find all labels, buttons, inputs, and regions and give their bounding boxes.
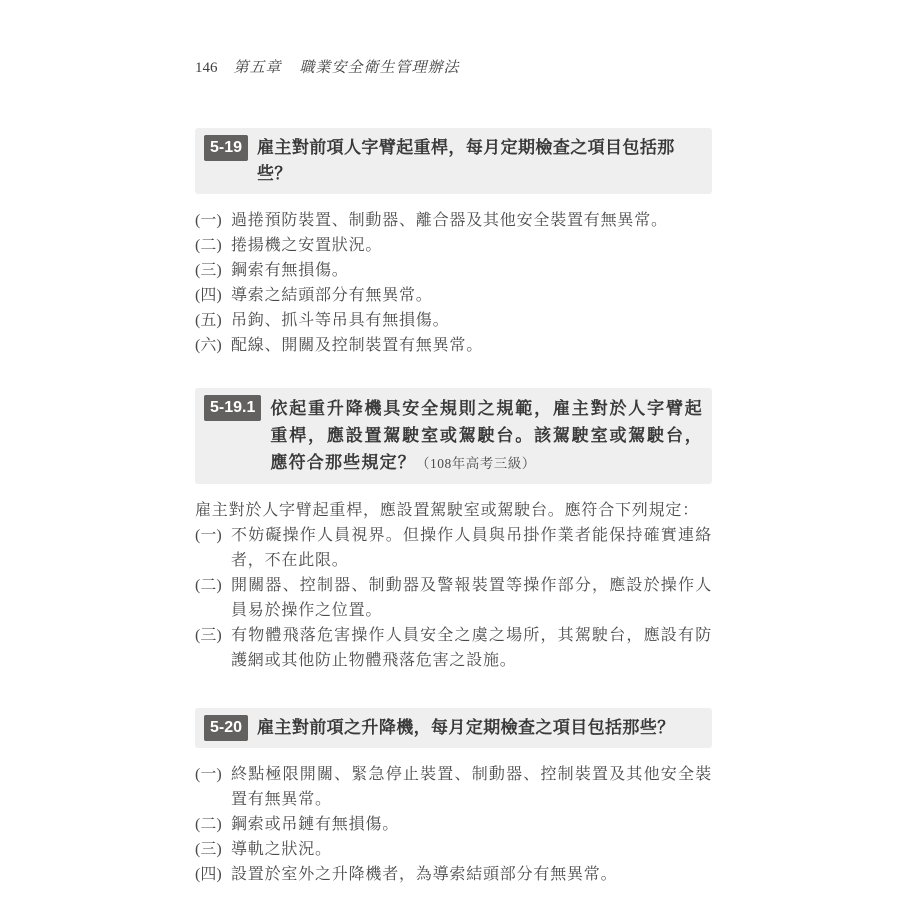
item-marker: (一) [195, 762, 231, 787]
item-marker: (二) [195, 233, 231, 258]
running-head: 146 第五章 職業安全衛生管理辦法 [195, 58, 712, 78]
item-text: 有物體飛落危害操作人員安全之虞之場所，其駕駛台，應設有防護網或其他防止物體飛落危… [231, 623, 712, 673]
list-item: (四) 導索之結頭部分有無異常。 [195, 283, 712, 308]
question-box-5-19-1: 5-19.1 依起重升降機具安全規則之規範，雇主對於人字臂起重桿，應設置駕駛室或… [195, 388, 712, 484]
item-text: 捲揚機之安置狀況。 [231, 233, 712, 258]
list-item: (五) 吊鉤、抓斗等吊具有無損傷。 [195, 308, 712, 333]
question-badge: 5-19 [204, 135, 248, 161]
item-text: 鋼索或吊鏈有無損傷。 [231, 812, 712, 837]
list-item: (四) 設置於室外之升降機者，為導索結頭部分有無異常。 [195, 862, 712, 887]
item-text: 開關器、控制器、制動器及警報裝置等操作部分，應設於操作人員易於操作之位置。 [231, 573, 712, 623]
list-item: (一) 終點極限開關、緊急停止裝置、制動器、控制裝置及其他安全裝置有無異常。 [195, 762, 712, 812]
item-text: 設置於室外之升降機者，為導索結頭部分有無異常。 [231, 862, 712, 887]
item-marker: (二) [195, 812, 231, 837]
item-marker: (一) [195, 523, 231, 548]
answer-intro: 雇主對於人字臂起重桿，應設置駕駛室或駕駛台。應符合下列規定： [195, 498, 712, 523]
question-text: 依起重升降機具安全規則之規範，雇主對於人字臂起重桿，應設置駕駛室或駕駛台。該駕駛… [270, 395, 703, 477]
item-marker: (三) [195, 623, 231, 648]
list-item: (一) 不妨礙操作人員視界。但操作人員與吊掛作業者能保持確實連絡者，不在此限。 [195, 523, 712, 573]
list-item: (三) 有物體飛落危害操作人員安全之虞之場所，其駕駛台，應設有防護網或其他防止物… [195, 623, 712, 673]
item-marker: (五) [195, 308, 231, 333]
item-marker: (二) [195, 573, 231, 598]
item-text: 不妨礙操作人員視界。但操作人員與吊掛作業者能保持確實連絡者，不在此限。 [231, 523, 712, 573]
exam-note: （108年高考三級） [416, 456, 536, 471]
item-marker: (三) [195, 258, 231, 283]
answer-list-5-19-1: (一) 不妨礙操作人員視界。但操作人員與吊掛作業者能保持確實連絡者，不在此限。 … [195, 523, 712, 673]
list-item: (一) 過捲預防裝置、制動器、離合器及其他安全裝置有無異常。 [195, 208, 712, 233]
list-item: (二) 捲揚機之安置狀況。 [195, 233, 712, 258]
item-text: 導索之結頭部分有無異常。 [231, 283, 712, 308]
list-item: (三) 導軌之狀況。 [195, 837, 712, 862]
list-item: (六) 配線、開關及控制裝置有無異常。 [195, 333, 712, 358]
item-text: 鋼索有無損傷。 [231, 258, 712, 283]
checklist-5-20: (一) 終點極限開關、緊急停止裝置、制動器、控制裝置及其他安全裝置有無異常。 (… [195, 762, 712, 887]
question-badge: 5-19.1 [204, 395, 261, 421]
list-item: (二) 開關器、控制器、制動器及警報裝置等操作部分，應設於操作人員易於操作之位置… [195, 573, 712, 623]
item-marker: (四) [195, 862, 231, 887]
question-box-5-20: 5-20 雇主對前項之升降機，每月定期檢查之項目包括那些？ [195, 708, 712, 748]
page-content: 146 第五章 職業安全衛生管理辦法 5-19 雇主對前項人字臂起重桿，每月定期… [195, 58, 712, 887]
question-badge: 5-20 [204, 715, 248, 741]
item-marker: (六) [195, 333, 231, 358]
item-text: 配線、開關及控制裝置有無異常。 [231, 333, 712, 358]
question-box-5-19: 5-19 雇主對前項人字臂起重桿，每月定期檢查之項目包括那些？ [195, 128, 712, 194]
item-text: 終點極限開關、緊急停止裝置、制動器、控制裝置及其他安全裝置有無異常。 [231, 762, 712, 812]
item-text: 導軌之狀況。 [231, 837, 712, 862]
question-text: 雇主對前項人字臂起重桿，每月定期檢查之項目包括那些？ [257, 135, 703, 187]
list-item: (三) 鋼索有無損傷。 [195, 258, 712, 283]
question-text: 雇主對前項之升降機，每月定期檢查之項目包括那些？ [257, 715, 675, 741]
list-item: (二) 鋼索或吊鏈有無損傷。 [195, 812, 712, 837]
item-marker: (四) [195, 283, 231, 308]
item-marker: (一) [195, 208, 231, 233]
item-text: 過捲預防裝置、制動器、離合器及其他安全裝置有無異常。 [231, 208, 712, 233]
checklist-5-19: (一) 過捲預防裝置、制動器、離合器及其他安全裝置有無異常。 (二) 捲揚機之安… [195, 208, 712, 358]
page-number: 146 [195, 58, 218, 78]
item-marker: (三) [195, 837, 231, 862]
book-page: 146 第五章 職業安全衛生管理辦法 5-19 雇主對前項人字臂起重桿，每月定期… [0, 0, 900, 900]
chapter-title: 職業安全衛生管理辦法 [300, 58, 460, 78]
chapter-label: 第五章 [234, 58, 282, 78]
item-text: 吊鉤、抓斗等吊具有無損傷。 [231, 308, 712, 333]
